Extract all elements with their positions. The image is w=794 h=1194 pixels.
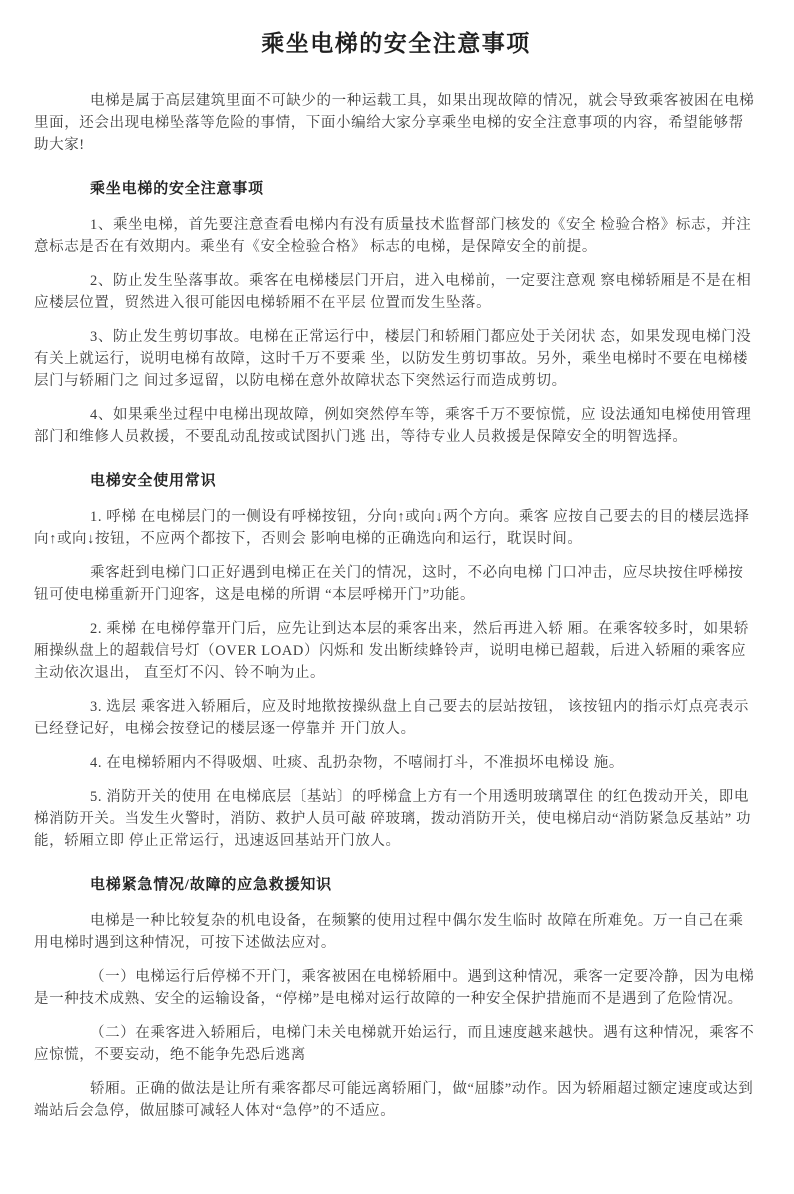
paragraph-case-two: （二）在乘客进入轿厢后，电梯门未关电梯就开始运行，而且速度越来越快。遇有这种情况…: [34, 1022, 758, 1066]
paragraph-cabin-rules: 4. 在电梯轿厢内不得吸烟、吐痰、乱扔杂物，不嘻闹打斗，不准损坏电梯设 施。: [34, 752, 758, 774]
paragraph-select-floor: 3. 选层 乘客进入轿厢后，应及时地揿按操纵盘上自己要去的层站按钮， 该按钮内的…: [34, 696, 758, 740]
paragraph-intro: 电梯是属于高层建筑里面不可缺少的一种运载工具，如果出现故障的情况，就会导致乘客被…: [34, 90, 758, 156]
paragraph-ride-elevator: 2. 乘梯 在电梯停靠开门后，应先让到达本层的乘客出来，然后再进入轿 厢。在乘客…: [34, 618, 758, 684]
paragraph-case-one: （一）电梯运行后停梯不开门，乘客被困在电梯轿厢中。遇到这种情况，乘客一定要冷静，…: [34, 966, 758, 1010]
paragraph-item-2: 2、防止发生坠落事故。乘客在电梯楼层门开启，进入电梯前，一定要注意观 察电梯轿厢…: [34, 270, 758, 314]
paragraph-fire-switch: 5. 消防开关的使用 在电梯底层〔基站〕的呼梯盒上方有一个用透明玻璃罩住 的红色…: [34, 786, 758, 852]
paragraph-emergency-intro: 电梯是一种比较复杂的机电设备，在频繁的使用过程中偶尔发生临时 故障在所难免。万一…: [34, 910, 758, 954]
section-heading-safety-precautions: 乘坐电梯的安全注意事项: [34, 178, 758, 200]
paragraph-call-elevator-note: 乘客赶到电梯门口正好遇到电梯正在关门的情况，这时，不必向电梯 门口冲击，应尽块按…: [34, 562, 758, 606]
paragraph-case-two-continued: 轿厢。正确的做法是让所有乘客都尽可能远离轿厢门，做“屈膝”动作。因为轿厢超过额定…: [34, 1078, 758, 1122]
section-heading-usage-knowledge: 电梯安全使用常识: [34, 470, 758, 492]
paragraph-item-1: 1、乘坐电梯，首先要注意查看电梯内有没有质量技术监督部门核发的《安全 检验合格》…: [34, 214, 758, 258]
section-heading-emergency-rescue: 电梯紧急情况/故障的应急救援知识: [34, 874, 758, 896]
document-page: 乘坐电梯的安全注意事项 电梯是属于高层建筑里面不可缺少的一种运载工具，如果出现故…: [0, 0, 794, 1194]
doc-title: 乘坐电梯的安全注意事项: [34, 30, 758, 58]
paragraph-item-4: 4、如果乘坐过程中电梯出现故障，例如突然停车等，乘客千万不要惊慌，应 设法通知电…: [34, 404, 758, 448]
paragraph-item-3: 3、防止发生剪切事故。电梯在正常运行中，楼层门和轿厢门都应处于关闭状 态，如果发…: [34, 326, 758, 392]
paragraph-call-elevator: 1. 呼梯 在电梯层门的一侧设有呼梯按钮，分向↑或向↓两个方向。乘客 应按自己要…: [34, 506, 758, 550]
